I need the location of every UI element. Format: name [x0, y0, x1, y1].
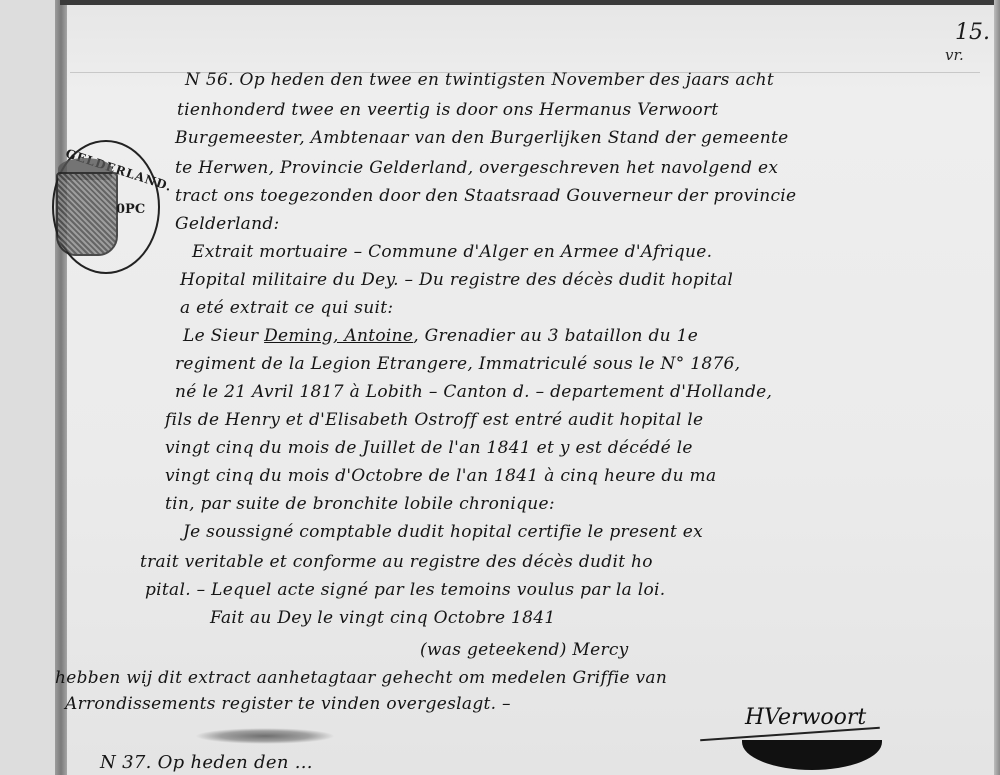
record-line-18: trait veritable et conforme au registre … — [140, 552, 653, 572]
binding-gutter — [55, 0, 67, 775]
page-right-edge — [994, 0, 1000, 775]
record-line-21: (was geteekend) Mercy — [420, 640, 629, 660]
signature-paraph — [742, 740, 882, 770]
page-top-edge — [60, 0, 1000, 5]
mayor-signature: HVerwoort — [745, 705, 866, 730]
page-number: 15. — [955, 20, 990, 45]
next-entry-line: N 37. Op heden den ... — [100, 752, 313, 773]
record-line-17: Je soussigné comptable dudit hopital cer… — [183, 522, 703, 542]
record-text: Le Sieur — [183, 326, 258, 346]
left-margin-strip — [0, 0, 55, 775]
deceased-name: Deming, Antoine — [264, 326, 413, 346]
record-line-19: pital. – Lequel acte signé par les temoi… — [145, 580, 666, 600]
ink-smudge — [195, 728, 335, 744]
record-line-6: Gelderland: — [175, 214, 280, 234]
record-line-23: Arrondissements register te vinden overg… — [65, 694, 511, 714]
record-line-9: a eté extrait ce qui suit: — [180, 298, 393, 318]
record-line-7: Extrait mortuaire – Commune d'Alger en A… — [192, 242, 712, 262]
record-text: , Grenadier au 3 bataillon du 1e — [413, 326, 698, 346]
stamp-right-text: 0PC — [116, 202, 145, 217]
record-line-2: tienhonderd twee en veertig is door ons … — [177, 100, 719, 120]
record-line-8: Hopital militaire du Dey. – Du registre … — [180, 270, 733, 290]
record-line-10: Le Sieur Deming, Antoine, Grenadier au 3… — [183, 326, 698, 346]
record-line-16: tin, par suite de bronchite lobile chron… — [165, 494, 555, 514]
record-line-5: tract ons toegezonden door den Staatsraa… — [175, 186, 796, 206]
record-line-14: vingt cinq du mois de Juillet de l'an 18… — [165, 438, 693, 458]
record-line-3: Burgemeester, Ambtenaar van den Burgerli… — [175, 128, 788, 148]
record-line-12: né le 21 Avril 1817 à Lobith – Canton d.… — [175, 382, 772, 402]
gelderland-stamp: GELDERLAND. 0PC — [52, 140, 160, 274]
record-line-22: hebben wij dit extract aanhetagtaar gehe… — [55, 668, 667, 688]
record-line-4: te Herwen, Provincie Gelderland, overges… — [175, 158, 778, 178]
record-line-15: vingt cinq du mois d'Octobre de l'an 184… — [165, 466, 716, 486]
coat-of-arms-icon — [56, 172, 118, 256]
record-line-1: N 56. Op heden den twee en twintigsten N… — [185, 70, 774, 90]
document-page: 15. vr. GELDERLAND. 0PC N 56. Op heden d… — [0, 0, 1000, 775]
record-line-20: Fait au Dey le vingt cinq Octobre 1841 — [210, 608, 556, 628]
record-line-11: regiment de la Legion Etrangere, Immatri… — [175, 354, 740, 374]
page-note: vr. — [945, 46, 964, 64]
record-line-13: fils de Henry et d'Elisabeth Ostroff est… — [165, 410, 703, 430]
